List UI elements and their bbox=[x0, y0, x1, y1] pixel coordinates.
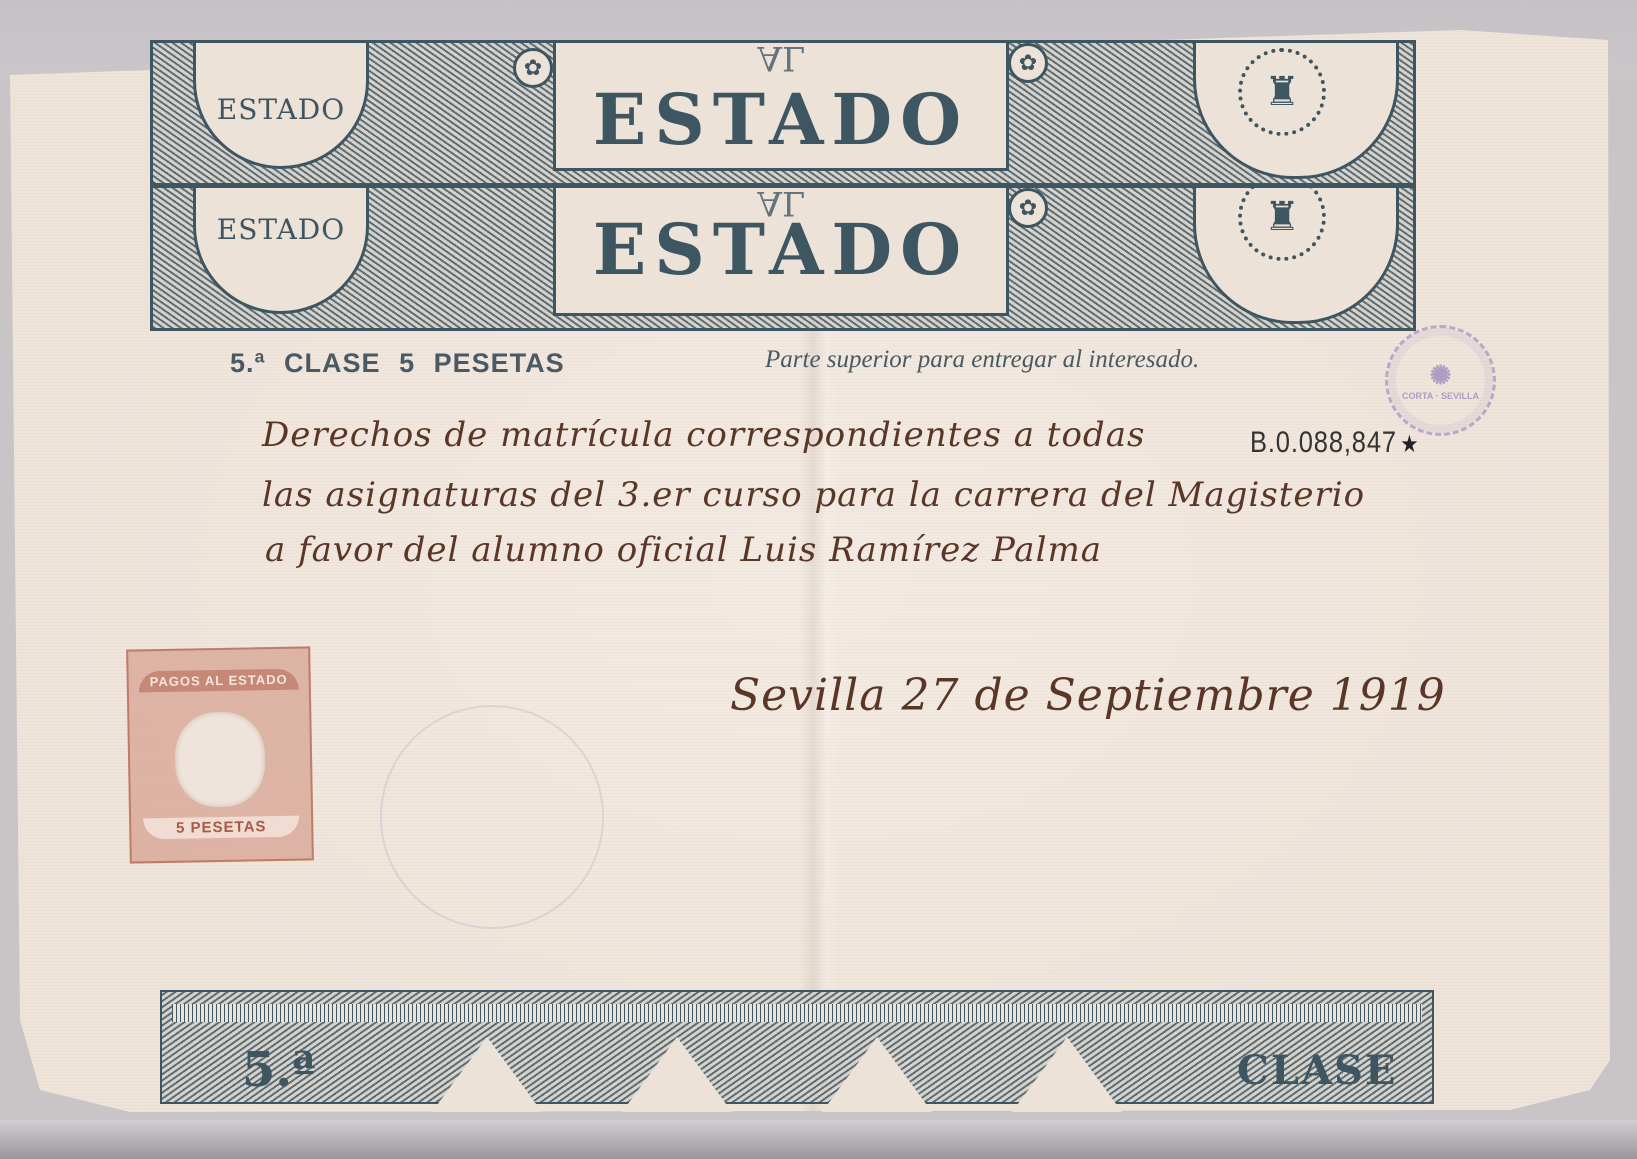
faint-seal-impression bbox=[380, 705, 604, 929]
amount-value: 5 bbox=[399, 348, 415, 378]
engraved-header-band-2: ESTADO ✿ AL ESTADO ♜ bbox=[150, 185, 1416, 331]
red-revenue-stamp: PAGOS AL ESTADO 5 PESETAS bbox=[126, 646, 314, 863]
rosette-icon: ✿ bbox=[1008, 188, 1048, 228]
estado-title: ESTADO bbox=[556, 208, 1006, 291]
small-estado-text: ESTADO bbox=[211, 93, 351, 126]
handwritten-line-1: Derechos de matrícula correspondientes a… bbox=[262, 415, 1145, 455]
gable-ornament bbox=[622, 1037, 732, 1112]
handwritten-line-2: las asignaturas del 3.er curso para la c… bbox=[262, 475, 1365, 515]
class-number: 5.ª bbox=[230, 348, 266, 378]
engraved-header-band-1: ESTADO ✿ AL ESTADO ✿ ♜ bbox=[150, 40, 1416, 186]
photo-backdrop-bottom bbox=[0, 1120, 1637, 1159]
stamp-top-label: PAGOS AL ESTADO bbox=[139, 669, 299, 693]
violet-ink-seal: ✺ CORTA · SEVILLA bbox=[1385, 325, 1496, 436]
gable-ornament bbox=[432, 1037, 542, 1112]
seal-text: CORTA · SEVILLA bbox=[1402, 391, 1479, 401]
gable-ornament bbox=[1012, 1037, 1122, 1112]
partial-class-number: 5.ª bbox=[242, 1042, 315, 1098]
hatched-rule bbox=[172, 1004, 1422, 1022]
coat-of-arms-icon: ♜ bbox=[1238, 48, 1326, 136]
gable-ornament bbox=[822, 1037, 932, 1112]
serial-number: B.0.088,847★ bbox=[1250, 426, 1419, 460]
partial-clase-text: CLASE bbox=[1237, 1047, 1397, 1094]
stamp-value-label: 5 PESETAS bbox=[143, 816, 299, 840]
class-label: CLASE bbox=[284, 348, 381, 378]
estado-title: ESTADO bbox=[556, 78, 1006, 161]
engraved-footer-band: 5.ª CLASE bbox=[160, 990, 1434, 1104]
left-oval-cartouche bbox=[193, 185, 369, 314]
currency-label: PESETAS bbox=[434, 348, 565, 378]
star-icon: ★ bbox=[1400, 431, 1419, 458]
central-estado-panel: AL ESTADO bbox=[553, 185, 1009, 316]
class-amount-line: 5.ª CLASE 5 PESETAS bbox=[230, 348, 565, 379]
rosette-icon: ✿ bbox=[1008, 43, 1048, 83]
sun-emblem-icon: ✺ bbox=[1402, 360, 1479, 391]
central-estado-panel: AL ESTADO bbox=[553, 40, 1009, 171]
serial-value: B.0.088,847 bbox=[1250, 426, 1397, 459]
small-estado-text: ESTADO bbox=[211, 213, 351, 246]
partial-al-text: AL bbox=[556, 40, 1006, 78]
handwritten-line-3: a favor del alumno oficial Luis Ramírez … bbox=[265, 530, 1102, 570]
embossed-crest-icon bbox=[174, 711, 266, 808]
rosette-icon: ✿ bbox=[513, 48, 553, 88]
instruction-text: Parte superior para entregar al interesa… bbox=[765, 346, 1199, 374]
handwritten-place-date: Sevilla 27 de Septiembre 1919 bbox=[730, 670, 1446, 721]
